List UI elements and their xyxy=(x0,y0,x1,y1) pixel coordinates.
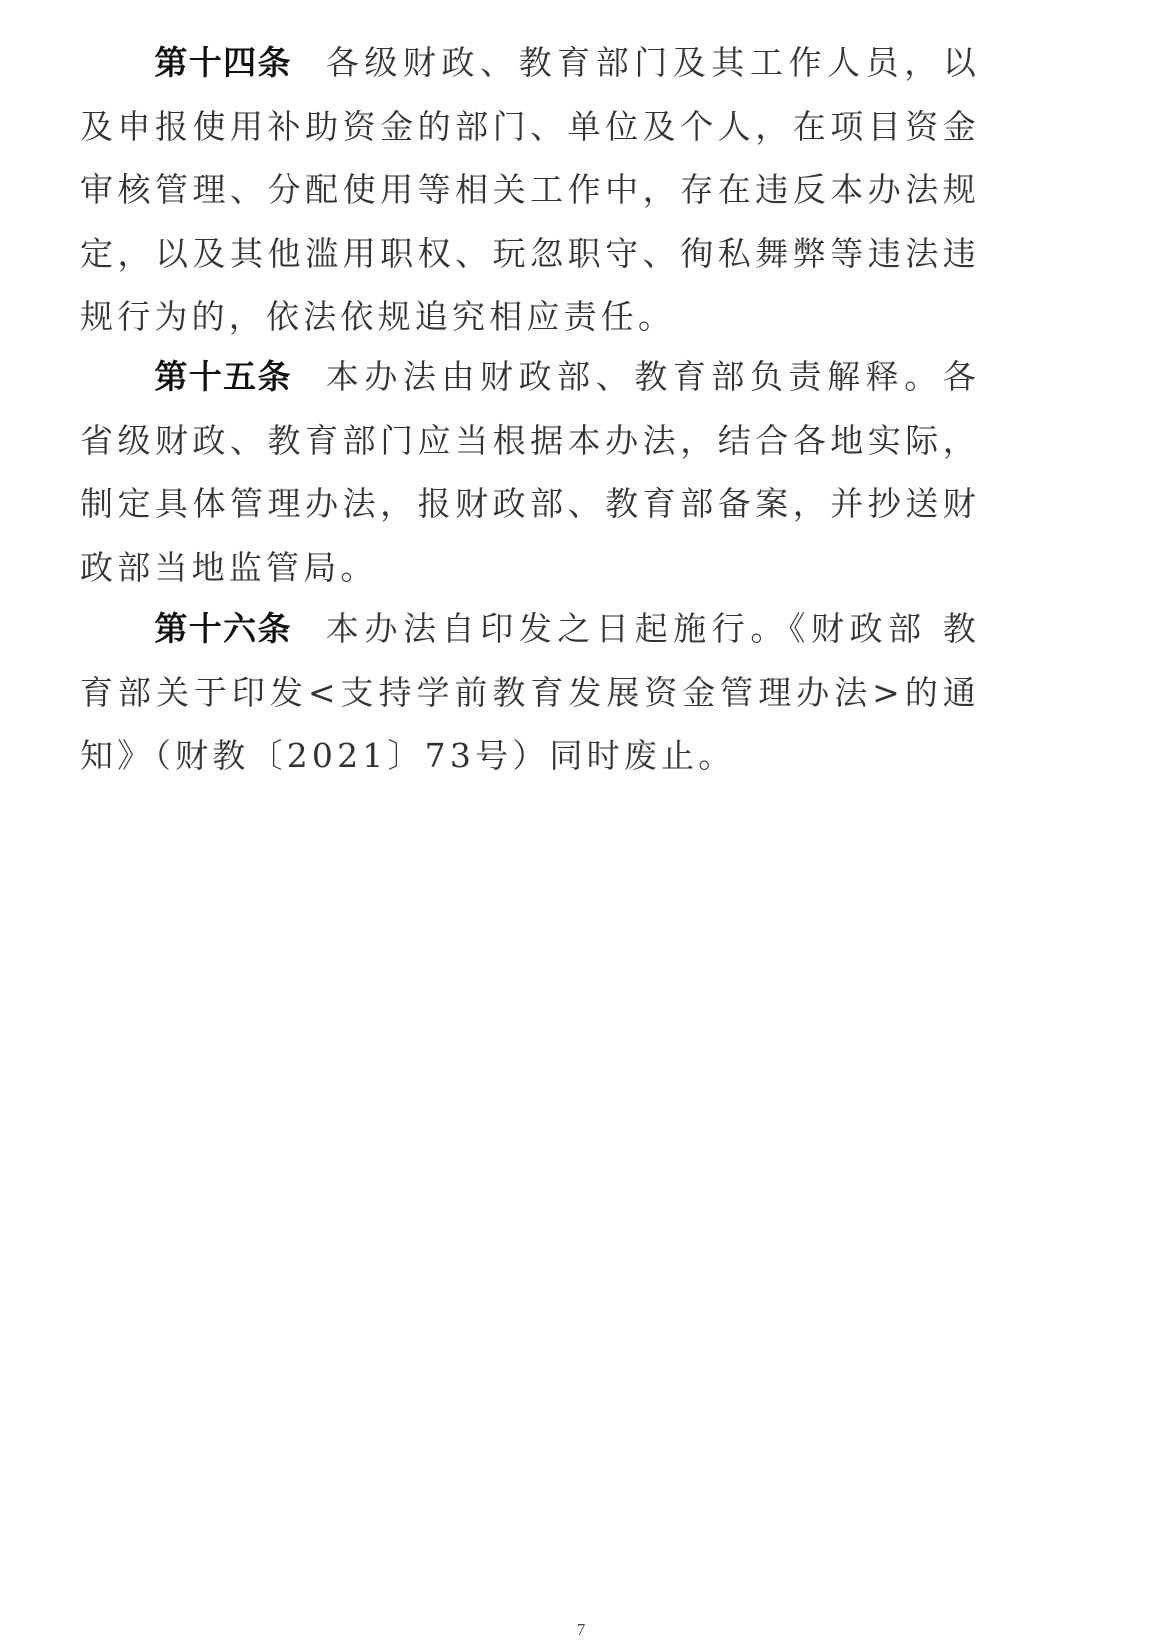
article-body: 各级财政、教育部门及其工作人员，以及申报使用补助资金的部门、单位及个人，在项目资… xyxy=(80,43,980,336)
article-heading: 第十五条 xyxy=(153,357,292,396)
article-heading: 第十四条 xyxy=(153,43,292,82)
article-14: 第十四条各级财政、教育部门及其工作人员，以及申报使用补助资金的部门、单位及个人，… xyxy=(80,31,980,349)
page-number: 7 xyxy=(0,1620,1162,1640)
document-page: 第十四条各级财政、教育部门及其工作人员，以及申报使用补助资金的部门、单位及个人，… xyxy=(0,0,1162,1648)
article-15: 第十五条本办法由财政部、教育部负责解释。各省级财政、教育部门应当根据本办法，结合… xyxy=(80,345,980,599)
article-16: 第十六条本办法自印发之日起施行。《财政部 教育部关于印发<支持学前教育发展资金管… xyxy=(80,597,980,788)
article-heading: 第十六条 xyxy=(153,609,292,648)
